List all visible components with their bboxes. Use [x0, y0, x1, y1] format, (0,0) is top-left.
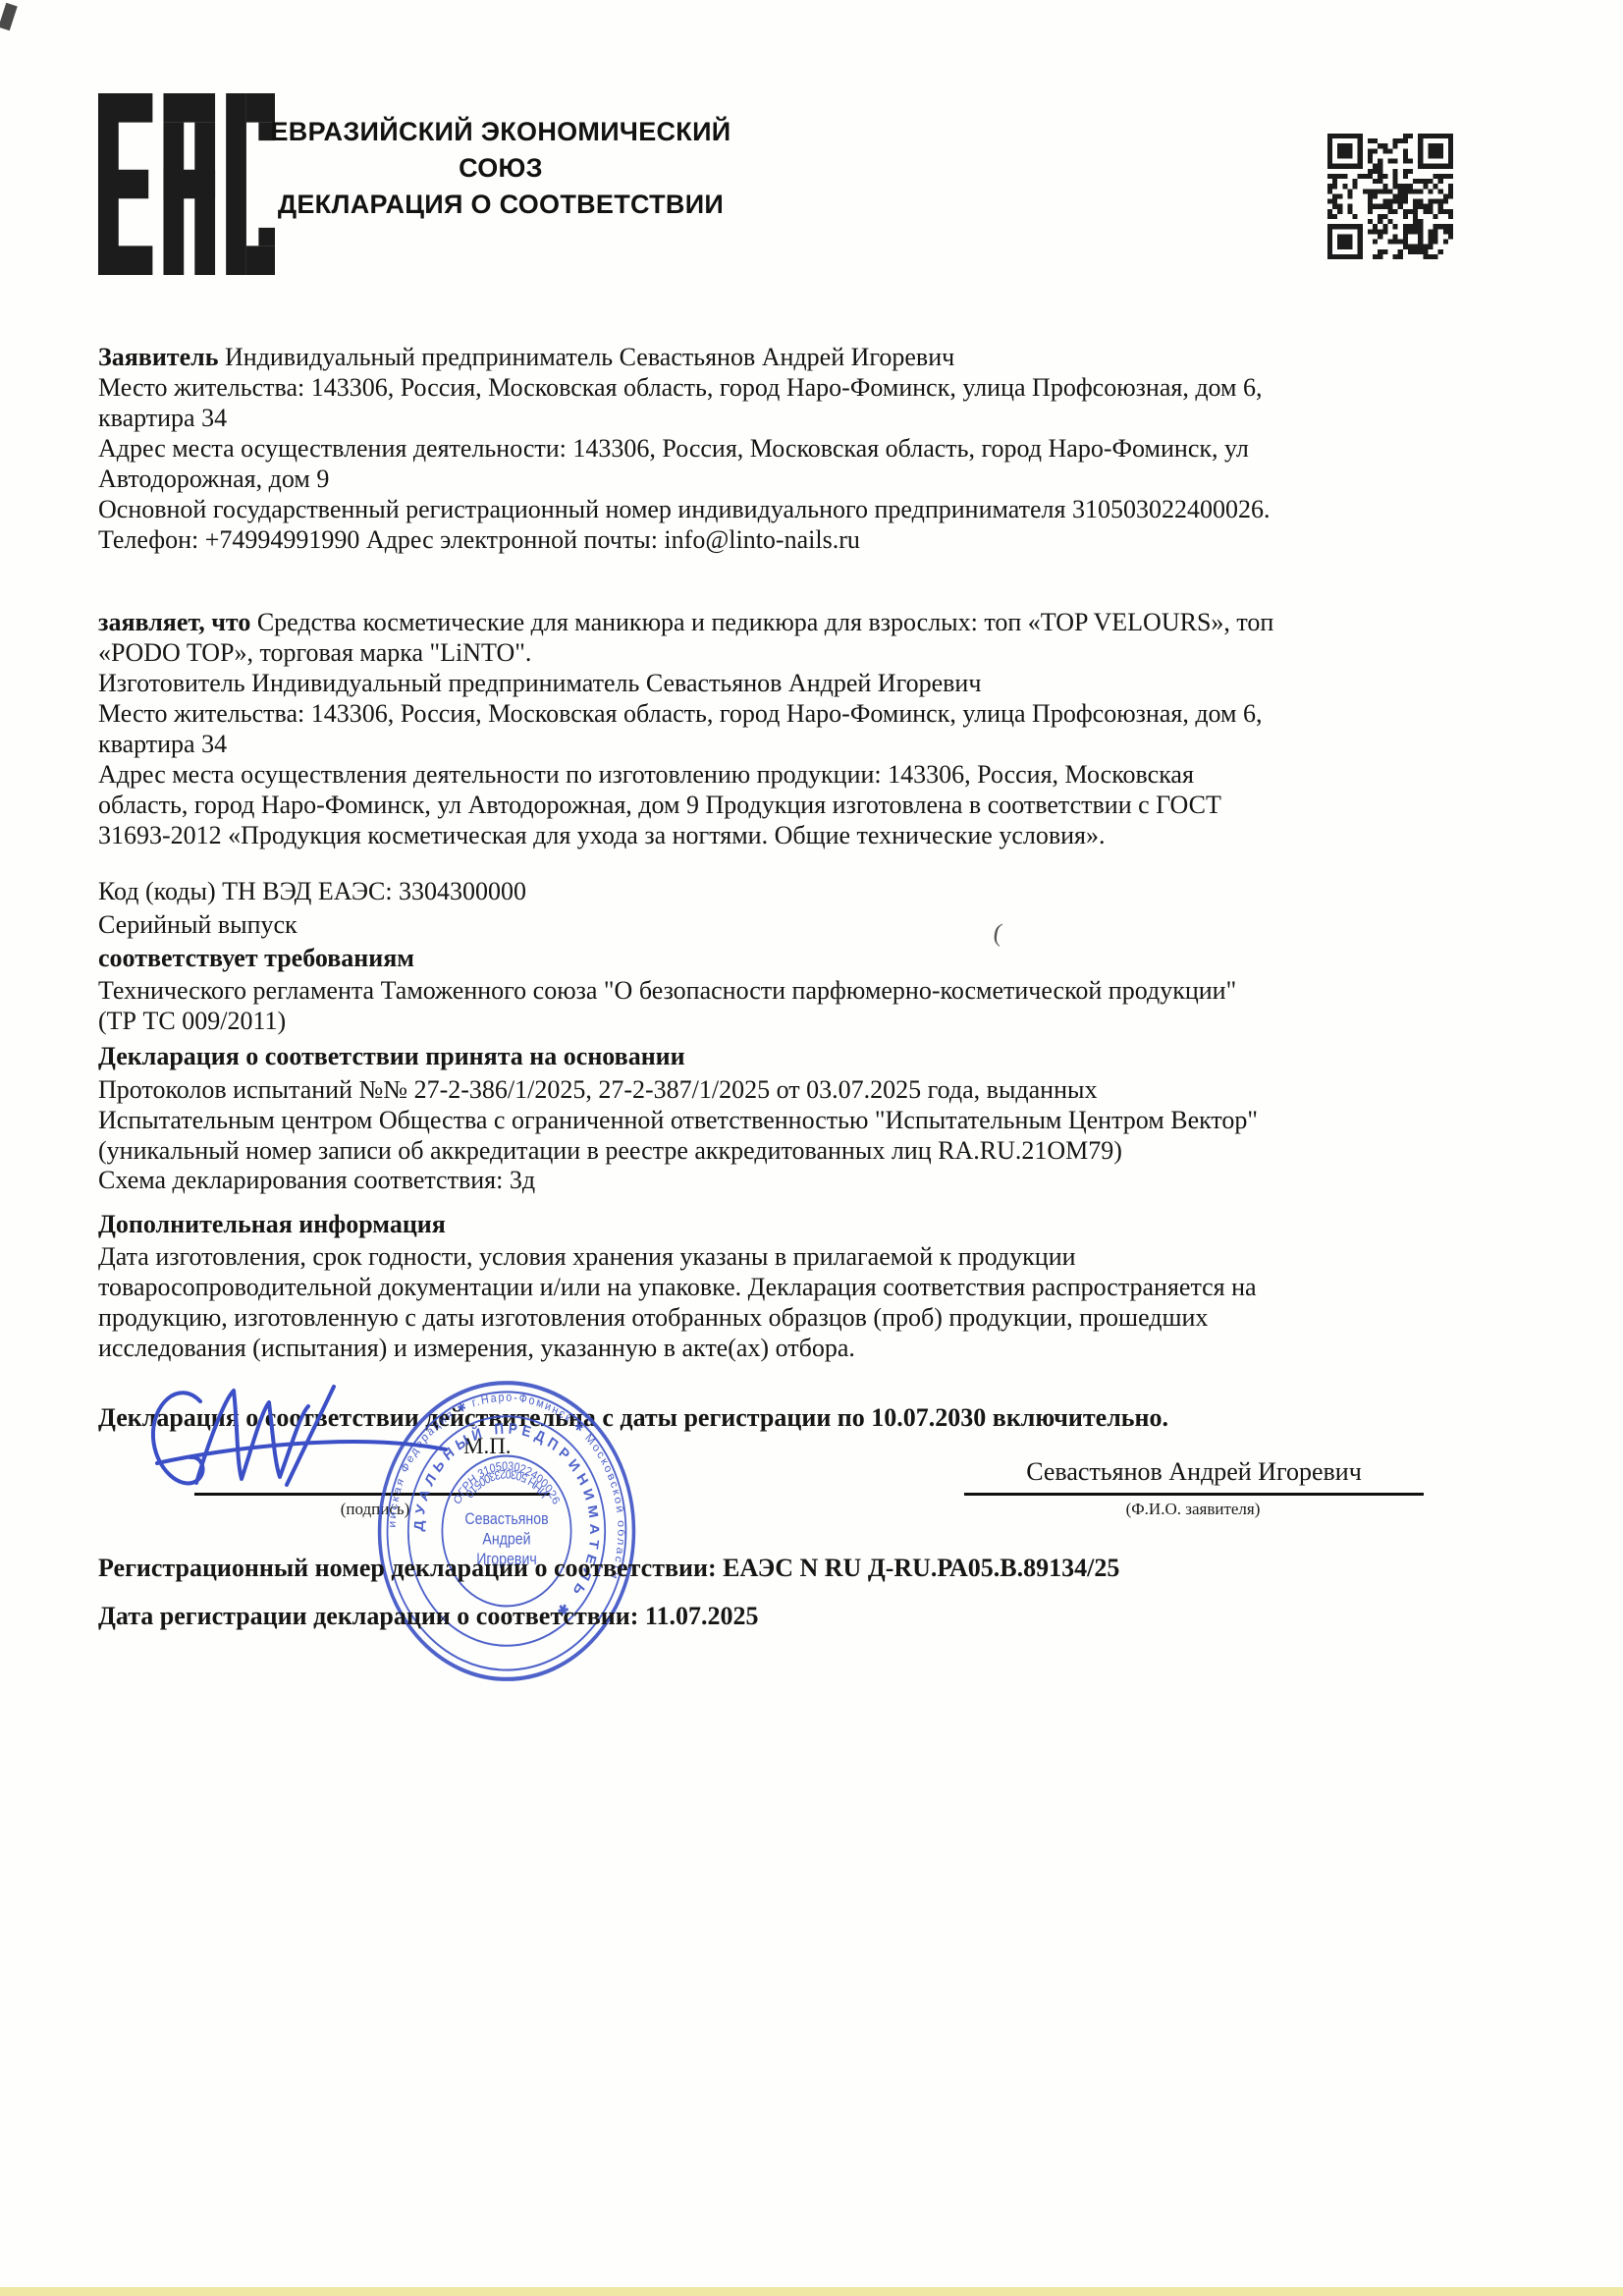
title-union: ЕВРАЗИЙСКИЙ ЭКОНОМИЧЕСКИЙ СОЮЗ: [250, 114, 751, 187]
applicant-label: Заявитель: [98, 343, 218, 371]
test-protocols-text: Протоколов испытаний №№ 27-2-386/1/2025,…: [98, 1074, 1492, 1166]
manufacturer-details: Изготовитель Индивидуальный предпринимат…: [98, 669, 1263, 849]
fio-caption: (Ф.И.О. заявителя): [1011, 1500, 1375, 1519]
registration-number-line: Регистрационный номер декларации о соотв…: [98, 1554, 1522, 1583]
compliance-text: Технического регламента Таможенного союз…: [98, 975, 1492, 1036]
stamp-name-line1: Севастьянов: [464, 1510, 548, 1528]
registration-date-line: Дата регистрации декларации о соответств…: [98, 1602, 1522, 1631]
additional-info-label: Дополнительная информация: [98, 1209, 1492, 1239]
applicant-details: Место жительства: 143306, Россия, Москов…: [98, 373, 1271, 554]
serial-release-line: Серийный выпуск: [98, 909, 1492, 940]
declares-paragraph: заявляет, что Средства косметические для…: [98, 607, 1492, 850]
basis-label: Декларация о соответствии принята на осн…: [98, 1041, 1492, 1071]
additional-info-text: Дата изготовления, срок годности, услови…: [98, 1241, 1492, 1363]
declaration-scheme-line: Схема декларирования соответствия: 3д: [98, 1165, 1492, 1195]
document-title: ЕВРАЗИЙСКИЙ ЭКОНОМИЧЕСКИЙ СОЮЗ ДЕКЛАРАЦИ…: [250, 114, 751, 223]
qr-code: [1327, 134, 1453, 259]
applicant-intro: Индивидуальный предприниматель Севастьян…: [225, 343, 954, 371]
declares-label: заявляет, что: [98, 608, 250, 636]
declaration-document: { "colors": { "stamp_blue": "#3c52c5", "…: [0, 0, 1623, 2296]
scan-corner-artifact: [0, 3, 18, 30]
tnved-code-line: Код (коды) ТН ВЭД ЕАЭС: 3304300000: [98, 876, 1492, 906]
fio-line: [964, 1493, 1424, 1496]
round-stamp: ✱ Российская Федерация ✱ г.Наро-Фоминск …: [376, 1379, 637, 1683]
applicant-fio: Севастьянов Андрей Игоревич: [964, 1457, 1424, 1487]
compliance-label: соответствует требованиям: [98, 943, 1492, 973]
applicant-paragraph: Заявитель Индивидуальный предприниматель…: [98, 342, 1492, 555]
stamp-name-line2: Андрей: [482, 1530, 530, 1548]
product-description: Средства косметические для маникюра и пе…: [98, 608, 1273, 667]
eac-mark-logo: [98, 93, 275, 275]
title-declaration: ДЕКЛАРАЦИЯ О СООТВЕТСТВИИ: [250, 187, 751, 223]
scan-edge-band: [0, 2287, 1623, 2296]
